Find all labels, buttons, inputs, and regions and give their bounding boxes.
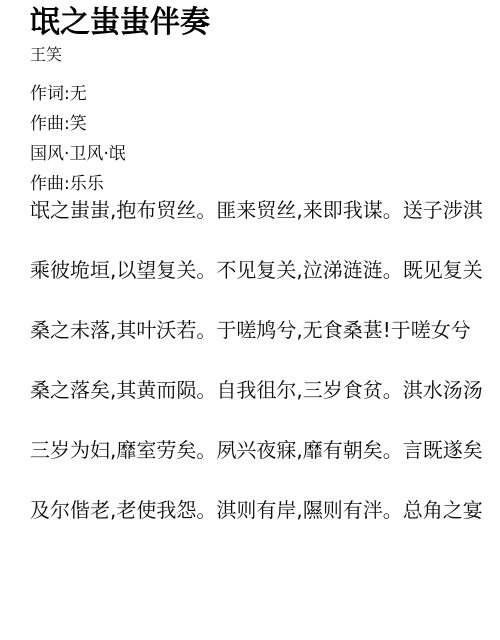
lyrics-page: 氓之蚩蚩伴奏 王笑 作词:无 作曲:笑 国风·卫风·氓 作曲:乐乐 氓之蚩蚩,抱… bbox=[0, 0, 500, 640]
lyric-line-6: 及尔偕老,老使我怨。淇则有岸,隰则有泮。总角之宴 bbox=[30, 499, 500, 522]
meta-line-source: 国风·卫风·氓 bbox=[30, 139, 500, 169]
artist-name: 王笑 bbox=[30, 47, 500, 63]
meta-line-arranger: 作曲:乐乐 bbox=[30, 169, 500, 199]
lyric-line-3: 桑之未落,其叶沃若。于嗟鸠兮,无食桑葚!于嗟女兮 bbox=[30, 319, 500, 342]
meta-line-composer: 作曲:笑 bbox=[30, 109, 500, 139]
lyric-line-4: 桑之落矣,其黄而陨。自我徂尔,三岁食贫。淇水汤汤 bbox=[30, 379, 500, 402]
lyric-line-1: 氓之蚩蚩,抱布贸丝。匪来贸丝,来即我谋。送子涉淇 bbox=[30, 199, 500, 222]
lyrics: 氓之蚩蚩,抱布贸丝。匪来贸丝,来即我谋。送子涉淇 乘彼垝垣,以望复关。不见复关,… bbox=[30, 199, 500, 522]
song-meta: 作词:无 作曲:笑 国风·卫风·氓 作曲:乐乐 bbox=[30, 79, 500, 199]
song-title: 氓之蚩蚩伴奏 bbox=[30, 8, 500, 38]
meta-line-lyricist: 作词:无 bbox=[30, 79, 500, 109]
lyric-line-2: 乘彼垝垣,以望复关。不见复关,泣涕涟涟。既见复关 bbox=[30, 259, 500, 282]
lyric-line-5: 三岁为妇,靡室劳矣。夙兴夜寐,靡有朝矣。言既遂矣 bbox=[30, 439, 500, 462]
